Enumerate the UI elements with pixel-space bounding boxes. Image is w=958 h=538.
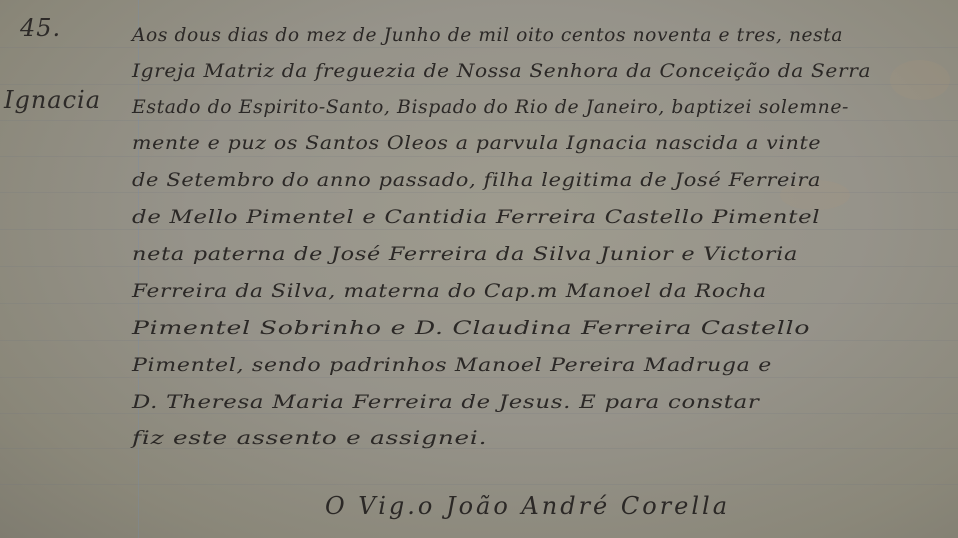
- text-line: Pimentel, sendo padrinhos Manoel Pereira…: [132, 354, 772, 376]
- ruled-line: [0, 377, 958, 378]
- text-line: fiz este assento e assignei.: [132, 427, 487, 449]
- ruled-line: [0, 120, 958, 121]
- text-line: neta paterna de José Ferreira da Silva J…: [132, 243, 798, 265]
- entry-number: 45.: [20, 14, 61, 42]
- text-line: Aos dous dias do mez de Junho de mil oit…: [132, 24, 843, 46]
- ruled-line: [0, 266, 958, 267]
- text-line: de Setembro do anno passado, filha legit…: [132, 169, 821, 191]
- ruled-line: [0, 413, 958, 414]
- document-page: 45. Ignacia Aos dous dias do mez de Junh…: [0, 0, 958, 538]
- baptized-name: Ignacia: [4, 86, 101, 114]
- ruled-line: [0, 156, 958, 157]
- text-line: mente e puz os Santos Oleos a parvula Ig…: [132, 132, 821, 154]
- text-line: D. Theresa Maria Ferreira de Jesus. E pa…: [132, 391, 760, 413]
- text-line: Pimentel Sobrinho e D. Claudina Ferreira…: [132, 317, 810, 339]
- ruled-line: [0, 84, 958, 85]
- ruled-line: [0, 192, 958, 193]
- ruled-line: [0, 484, 958, 485]
- ruled-line: [0, 303, 958, 304]
- text-line: Igreja Matriz da freguezia de Nossa Senh…: [132, 60, 871, 82]
- ruled-line: [0, 47, 958, 48]
- paper-stain: [890, 60, 950, 100]
- text-line: Ferreira da Silva, materna do Cap.m Mano…: [132, 280, 767, 302]
- text-line: de Mello Pimentel e Cantidia Ferreira Ca…: [132, 206, 820, 228]
- ruled-line: [0, 229, 958, 230]
- text-line: Estado do Espirito-Santo, Bispado do Rio…: [132, 96, 849, 118]
- ruled-line: [0, 340, 958, 341]
- priest-signature: O Vig.o João André Corella: [325, 492, 730, 520]
